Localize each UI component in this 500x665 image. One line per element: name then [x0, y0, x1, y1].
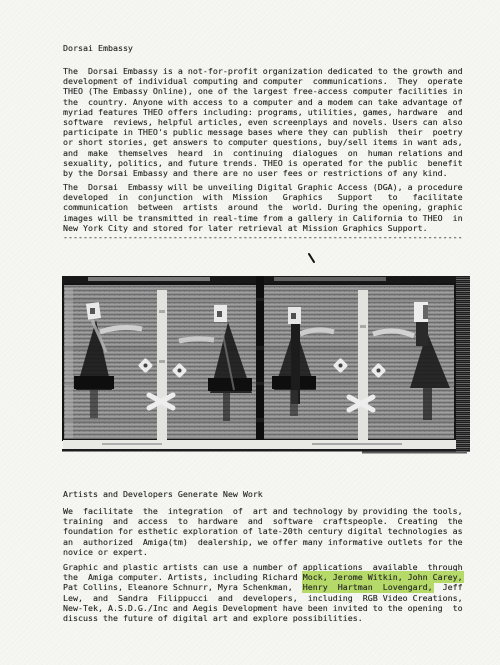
text-line: novice or expert.: [63, 547, 465, 557]
text-line: by the Dorsai Embassy and there are no u…: [63, 168, 465, 178]
text-line: Pat Collins, Eleanore Schnurr, Myra Sche…: [63, 582, 465, 592]
divider-dashed-line: ----------------------------------------…: [63, 232, 465, 242]
text-line: and make themselves heard in continuing …: [63, 148, 465, 158]
text-line: the Amiga computer. Artists, including R…: [63, 572, 465, 582]
section-heading-artists-developers: Artists and Developers Generate New Work: [63, 489, 465, 499]
text-line: discuss the future of digital art and ex…: [63, 613, 465, 623]
paragraph-artists-list: Graphic and plastic artists can use a nu…: [63, 562, 465, 623]
stray-tick-mark: [309, 254, 314, 262]
text-line: The Dorsai Embassy will be unveiling Dig…: [63, 182, 465, 192]
highlighted-text: Henry Hartman Lovengard,: [303, 582, 433, 592]
photo-bottom-edge: [62, 440, 467, 454]
text-line: THEO (The Embassy Online), one of the la…: [63, 86, 465, 96]
text-line: We facilitate the integration of art and…: [63, 506, 465, 516]
text-line: development of individual computing and …: [63, 76, 465, 86]
text-line: developed in conjunction with Mission Gr…: [63, 192, 465, 202]
text-line: New-Tek, A.S.D.G./Inc and Aegis Developm…: [63, 603, 465, 613]
paragraph-dga-announcement: The Dorsai Embassy will be unveiling Dig…: [63, 182, 465, 233]
photo-motion-study-film-frames: [62, 250, 470, 456]
text-line: software reviews, helpful articles, even…: [63, 117, 465, 127]
text-line: communication between artists around the…: [63, 202, 465, 212]
text-line: foundation for esthetic exploration of l…: [63, 526, 465, 536]
highlighted-text: Mock, Jerome Witkin, John Carey,: [303, 572, 463, 582]
text-line: or short stories, get answers to compute…: [63, 137, 465, 147]
text-line: Graphic and plastic artists can use a nu…: [63, 562, 465, 572]
scan-edge-band: [456, 276, 470, 452]
text-line: participate in THEO's public message bas…: [63, 127, 465, 137]
paragraph-facilitate-integration: We facilitate the integration of art and…: [63, 506, 465, 557]
text-line: an authorized Amiga(tm) dealership, we o…: [63, 537, 465, 547]
text-line: images will be transmitted in real-time …: [63, 213, 465, 223]
text-line: the country. Anyone with access to a com…: [63, 97, 465, 107]
section-heading-dorsai-embassy: Dorsai Embassy: [63, 43, 465, 53]
paragraph-dorsai-intro: The Dorsai Embassy is a not-for-profit o…: [63, 66, 465, 178]
text-line: The Dorsai Embassy is a not-for-profit o…: [63, 66, 465, 76]
text-line: training and access to hardware and soft…: [63, 516, 465, 526]
text-line: sexuality, politics, and future trends. …: [63, 158, 465, 168]
text-line: Lew, and Sandra Filippucci and developer…: [63, 593, 465, 603]
text-line: myriad features THEO offers including: p…: [63, 107, 465, 117]
